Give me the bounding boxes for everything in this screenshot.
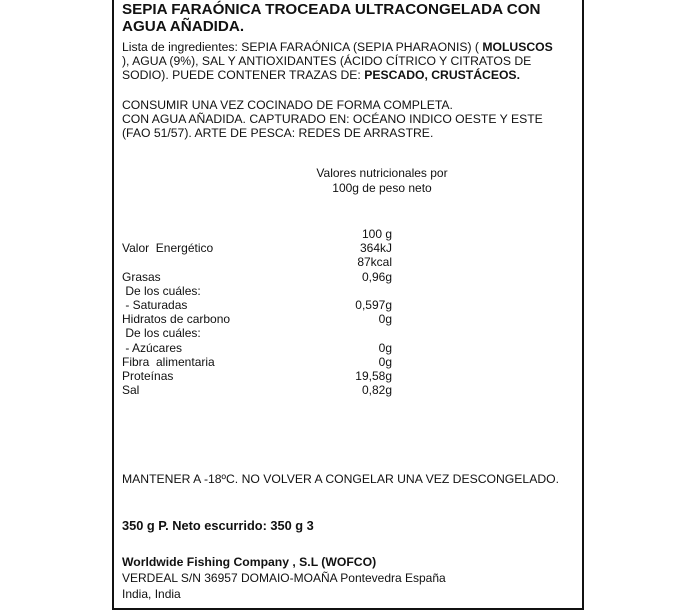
allergen-traces: PESCADO, CRUSTÁCEOS. <box>364 68 520 82</box>
net-weight: 350 g P. Neto escurrido: 350 g 3 <box>122 518 314 533</box>
company-name: Worldwide Fishing Company , S.L (WOFCO) <box>122 555 376 569</box>
nutrition-header-line: Valores nutricionales por <box>312 166 452 181</box>
nutrient-label: Hidratos de carbono <box>122 312 230 326</box>
company-address: VERDEAL S/N 36957 DOMAIO-MOAÑA Pontevedr… <box>122 571 446 585</box>
nutrient-label: Proteínas <box>122 369 173 383</box>
nutrient-label: De los cuáles: <box>122 284 201 298</box>
product-title: SEPIA FARAÓNICA TROCEADA ULTRACONGELADA … <box>122 1 541 35</box>
storage-instructions: MANTENER A -18ºC. NO VOLVER A CONGELAR U… <box>122 472 559 486</box>
traces-text: SODIO). PUEDE CONTENER TRAZAS DE: <box>122 68 364 82</box>
product-label: SEPIA FARAÓNICA TROCEADA ULTRACONGELADA … <box>112 0 584 610</box>
nutrient-label: De los cuáles: <box>122 326 201 340</box>
nutrient-value: 0,597g <box>312 298 392 312</box>
nutrient-label: Sal <box>122 383 139 397</box>
nutrient-value: 0g <box>312 312 392 326</box>
nutrient-value: 364kJ <box>312 241 392 255</box>
ingredients-text: ), AGUA (9%), SAL Y ANTIOXIDANTES (ÁCIDO… <box>122 54 553 68</box>
nutrient-value: 0g <box>312 341 392 355</box>
capture-line: CON AGUA AÑADIDA. CAPTURADO EN: OCÉANO I… <box>122 112 543 126</box>
nutrient-value: 0,82g <box>312 383 392 397</box>
nutrition-header-line: 100g de peso neto <box>312 181 452 196</box>
nutrition-column-header: 100 g <box>332 227 392 241</box>
nutrient-label: - Azúcares <box>122 341 182 355</box>
title-line-1: SEPIA FARAÓNICA TROCEADA ULTRACONGELADA … <box>122 1 541 18</box>
nutrient-value: 0g <box>312 355 392 369</box>
nutrient-label: Grasas <box>122 270 161 284</box>
consumption-line: CONSUMIR UNA VEZ COCINADO DE FORMA COMPL… <box>122 98 543 112</box>
title-line-2: AGUA AÑADIDA. <box>122 18 541 35</box>
ingredients-text: Lista de ingredientes: SEPIA FARAÓNICA (… <box>122 40 482 54</box>
nutrition-header: Valores nutricionales por 100g de peso n… <box>312 166 452 195</box>
consumption-info: CONSUMIR UNA VEZ COCINADO DE FORMA COMPL… <box>122 98 543 141</box>
nutrient-label: Fibra alimentaria <box>122 355 215 369</box>
nutrient-value: 87kcal <box>312 255 392 269</box>
fishing-method-line: (FAO 51/57). ARTE DE PESCA: REDES DE ARR… <box>122 126 543 140</box>
nutrient-value: 19,58g <box>312 369 392 383</box>
nutrient-value: 0,96g <box>312 270 392 284</box>
nutrient-label: Valor Energético <box>122 241 213 255</box>
origin-country: India, India <box>122 587 181 601</box>
nutrient-label: - Saturadas <box>122 298 187 312</box>
ingredients-list: Lista de ingredientes: SEPIA FARAÓNICA (… <box>122 40 553 83</box>
allergen-molluscs: MOLUSCOS <box>482 40 552 54</box>
